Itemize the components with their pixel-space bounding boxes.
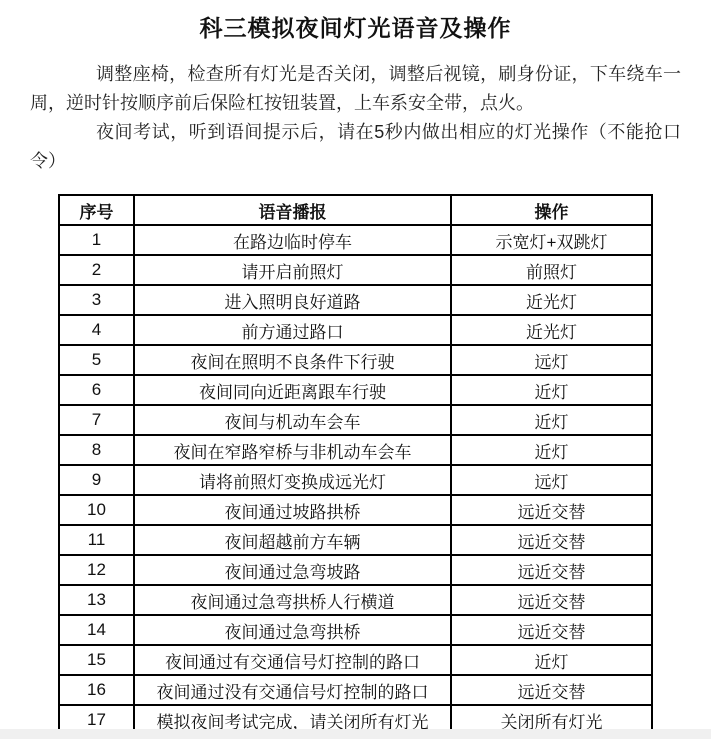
row-number-cell: 2 [59, 255, 134, 285]
row-number-cell: 14 [59, 615, 134, 645]
table-row: 13 夜间通过急弯拱桥人行横道 远近交替 [59, 585, 652, 615]
operation-cell: 远近交替 [451, 555, 652, 585]
voice-cell: 夜间通过有交通信号灯控制的路口 [134, 645, 451, 675]
voice-cell: 夜间在窄路窄桥与非机动车会车 [134, 435, 451, 465]
row-number-cell: 7 [59, 405, 134, 435]
row-number-cell: 15 [59, 645, 134, 675]
row-number-cell: 11 [59, 525, 134, 555]
table-row: 16 夜间通过没有交通信号灯控制的路口 远近交替 [59, 675, 652, 705]
voice-cell: 夜间通过没有交通信号灯控制的路口 [134, 675, 451, 705]
row-number-cell: 4 [59, 315, 134, 345]
voice-cell: 夜间超越前方车辆 [134, 525, 451, 555]
table-row: 6 夜间同向近距离跟车行驶 近灯 [59, 375, 652, 405]
operation-cell: 近灯 [451, 435, 652, 465]
voice-cell: 夜间通过急弯拱桥 [134, 615, 451, 645]
voice-cell: 夜间同向近距离跟车行驶 [134, 375, 451, 405]
voice-cell: 夜间与机动车会车 [134, 405, 451, 435]
operation-cell: 远近交替 [451, 675, 652, 705]
voice-cell: 请开启前照灯 [134, 255, 451, 285]
row-number-cell: 12 [59, 555, 134, 585]
table-row: 14 夜间通过急弯拱桥 远近交替 [59, 615, 652, 645]
row-number-cell: 8 [59, 435, 134, 465]
operation-cell: 近光灯 [451, 285, 652, 315]
row-number-cell: 16 [59, 675, 134, 705]
voice-cell: 前方通过路口 [134, 315, 451, 345]
operation-cell: 近灯 [451, 645, 652, 675]
voice-cell: 在路边临时停车 [134, 225, 451, 255]
voice-cell: 进入照明良好道路 [134, 285, 451, 315]
voice-cell: 夜间通过急弯拱桥人行横道 [134, 585, 451, 615]
operation-cell: 远近交替 [451, 495, 652, 525]
table-row: 10 夜间通过坡路拱桥 远近交替 [59, 495, 652, 525]
row-number-cell: 13 [59, 585, 134, 615]
table-header-row: 序号 语音播报 操作 [59, 195, 652, 225]
voice-cell: 请将前照灯变换成远光灯 [134, 465, 451, 495]
operation-cell: 前照灯 [451, 255, 652, 285]
intro-paragraph-2: 夜间考试，听到语间提示后，请在5秒内做出相应的灯光操作（不能抢口令） [30, 118, 681, 176]
operation-cell: 示宽灯+双跳灯 [451, 225, 652, 255]
header-cell-voice: 语音播报 [134, 195, 451, 225]
header-cell-number: 序号 [59, 195, 134, 225]
table-row: 4 前方通过路口 近光灯 [59, 315, 652, 345]
operation-cell: 远近交替 [451, 525, 652, 555]
table-row: 9 请将前照灯变换成远光灯 远灯 [59, 465, 652, 495]
intro-section: 调整座椅，检查所有灯光是否关闭，调整后视镜，刷身份证，下车绕车一周，逆时针按顺序… [30, 60, 681, 176]
table-row: 2 请开启前照灯 前照灯 [59, 255, 652, 285]
operation-cell: 远灯 [451, 465, 652, 495]
page-footer-strip [0, 729, 711, 739]
row-number-cell: 6 [59, 375, 134, 405]
operation-cell: 远近交替 [451, 615, 652, 645]
light-operations-table: 序号 语音播报 操作 1 在路边临时停车 示宽灯+双跳灯 2 请开启前照灯 前照… [58, 194, 653, 736]
operation-cell: 近灯 [451, 405, 652, 435]
row-number-cell: 5 [59, 345, 134, 375]
table-row: 12 夜间通过急弯坡路 远近交替 [59, 555, 652, 585]
operation-cell: 远灯 [451, 345, 652, 375]
table-row: 15 夜间通过有交通信号灯控制的路口 近灯 [59, 645, 652, 675]
row-number-cell: 1 [59, 225, 134, 255]
operation-cell: 近光灯 [451, 315, 652, 345]
page-title: 科三模拟夜间灯光语音及操作 [0, 10, 711, 43]
table-row: 3 进入照明良好道路 近光灯 [59, 285, 652, 315]
table-row: 11 夜间超越前方车辆 远近交替 [59, 525, 652, 555]
table-row: 5 夜间在照明不良条件下行驶 远灯 [59, 345, 652, 375]
operation-cell: 远近交替 [451, 585, 652, 615]
operation-cell: 近灯 [451, 375, 652, 405]
voice-cell: 夜间在照明不良条件下行驶 [134, 345, 451, 375]
intro-paragraph-1: 调整座椅，检查所有灯光是否关闭，调整后视镜，刷身份证，下车绕车一周，逆时针按顺序… [30, 60, 681, 118]
voice-cell: 夜间通过坡路拱桥 [134, 495, 451, 525]
row-number-cell: 3 [59, 285, 134, 315]
table-row: 8 夜间在窄路窄桥与非机动车会车 近灯 [59, 435, 652, 465]
table-body: 1 在路边临时停车 示宽灯+双跳灯 2 请开启前照灯 前照灯 3 进入照明良好道… [59, 225, 652, 735]
voice-cell: 夜间通过急弯坡路 [134, 555, 451, 585]
row-number-cell: 10 [59, 495, 134, 525]
table-row: 7 夜间与机动车会车 近灯 [59, 405, 652, 435]
table-row: 1 在路边临时停车 示宽灯+双跳灯 [59, 225, 652, 255]
header-cell-operation: 操作 [451, 195, 652, 225]
row-number-cell: 9 [59, 465, 134, 495]
